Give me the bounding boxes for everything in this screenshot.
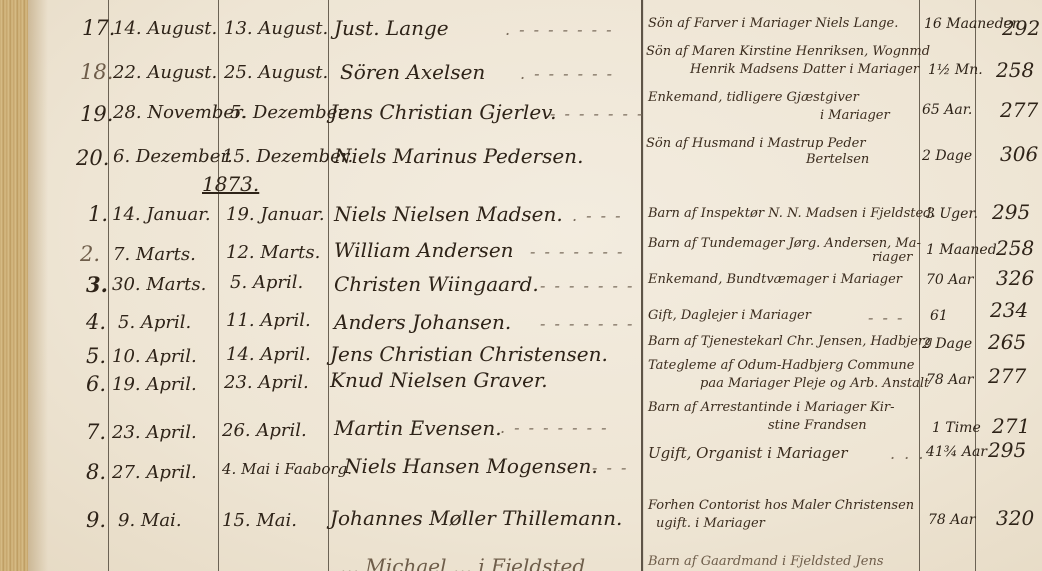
burial-date: 14. April.: [226, 344, 311, 365]
burial-date: 23. April.: [224, 372, 309, 393]
entry-number: 19.: [80, 102, 113, 126]
deceased-name: Sören Axelsen: [340, 60, 485, 84]
description-line-1: Sön af Farver i Mariager Niels Lange.: [648, 16, 898, 31]
age: 1 Time: [932, 420, 981, 436]
burial-date: 19. Januar.: [226, 204, 325, 225]
register-page: 17. 14. August. 13. August. Just. Lange …: [0, 0, 1042, 571]
entry-number: 7.: [86, 420, 106, 444]
column-rule-death-date: [218, 0, 219, 571]
filler-dashes: - - - - - - -: [540, 276, 634, 295]
description-line-2: Bertelsen: [806, 152, 869, 167]
death-date: 5. April.: [118, 312, 191, 333]
reference-number: 277: [1000, 98, 1038, 122]
deceased-name: Jens Christian Christensen.: [330, 342, 608, 366]
description-line-1: Barn af Arrestantinde i Mariager Kir-: [648, 400, 894, 415]
entry-number: 18.: [80, 60, 113, 84]
entry-number: 4.: [86, 310, 106, 334]
deceased-name: William Andersen: [334, 238, 514, 262]
age: 1½ Mn.: [928, 62, 983, 78]
year-heading: 1873.: [202, 172, 259, 196]
death-date: 14. August.: [113, 18, 217, 39]
death-date: 28. November.: [113, 102, 246, 123]
description-line-1: Enkemand, tidligere Gjæstgiver: [648, 90, 859, 105]
death-date: 9. Mai.: [118, 510, 182, 531]
death-date: 30. Marts.: [112, 274, 206, 295]
reference-number: 306: [1000, 142, 1038, 166]
description-line-2: ugift. i Mariager: [656, 516, 765, 531]
description-line-2: Henrik Madsens Datter i Mariager: [690, 62, 919, 77]
description-line-1: Enkemand, Bundtvæmager i Mariager: [648, 272, 902, 287]
death-date: 6. Dezember.: [113, 146, 233, 167]
reference-number: 258: [996, 236, 1034, 260]
reference-number: 295: [992, 200, 1030, 224]
reference-number: 320: [996, 506, 1034, 530]
column-rule-description: [919, 0, 920, 571]
age: 65 Aar.: [922, 102, 972, 118]
burial-date: 13. August.: [224, 18, 328, 39]
filler-dashes: . - - - - - -: [520, 64, 614, 83]
deceased-name: Martin Evensen.: [334, 416, 502, 440]
description-line-1: Ugift, Organist i Mariager: [648, 444, 848, 462]
age: 1 Maaned: [926, 242, 997, 258]
age: 61: [930, 308, 948, 324]
binding-shadow: [28, 0, 48, 571]
deceased-name: Christen Wiingaard.: [334, 272, 539, 296]
reference-number: 234: [990, 298, 1028, 322]
filler-dashes: . . .: [890, 444, 925, 463]
burial-date: 15. Mai.: [222, 510, 297, 531]
deceased-name: Niels Nielsen Madsen.: [334, 202, 563, 226]
deceased-name: Niels Hansen Mogensen.: [344, 454, 598, 478]
filler-dashes: - - - - - - -: [540, 314, 634, 333]
entry-number: 1.: [88, 202, 108, 226]
death-date: 22. August.: [113, 62, 217, 83]
description-line-1: Barn af Tundemager Jørg. Andersen, Ma-: [648, 236, 921, 251]
age: 2 Dage: [922, 336, 972, 352]
description-line-1: Sön af Maren Kirstine Henriksen, Wognmd: [646, 44, 930, 59]
deceased-name: Niels Marinus Pedersen.: [334, 144, 583, 168]
column-rule-number: [108, 0, 109, 571]
description-line-1: Barn af Gaardmand i Fjeldsted Jens: [648, 554, 884, 569]
column-rule-age: [975, 0, 976, 571]
entry-number: 9.: [86, 508, 106, 532]
deceased-name: Just. Lange: [334, 16, 449, 40]
reference-number: 295: [988, 438, 1026, 462]
death-date: 27. April.: [112, 462, 197, 483]
death-date: 7. Marts.: [113, 244, 196, 265]
entry-number: 20.: [76, 146, 109, 170]
deceased-name: Anders Johansen.: [334, 310, 511, 334]
description-line-2: paa Mariager Pleje og Arb. Anstalt: [700, 376, 929, 391]
filler-dashes: - - - - - - -: [550, 104, 644, 123]
column-rule-name: [641, 0, 643, 571]
deceased-name: ... Michael ... i Fjeldsted: [340, 554, 585, 571]
reference-number: 271: [992, 414, 1030, 438]
burial-date: 5. April.: [230, 272, 303, 293]
reference-number: 258: [996, 58, 1034, 82]
burial-date: 25. August.: [224, 62, 328, 83]
entry-number: 3.: [86, 272, 108, 297]
filler-dashes: - - -: [592, 458, 628, 477]
deceased-name: Jens Christian Gjerlev.: [330, 100, 556, 124]
description-line-2: stine Frandsen: [768, 418, 867, 433]
description-line-1: Barn af Inspektør N. N. Madsen i Fjeldst…: [648, 206, 936, 221]
age: 70 Aar: [926, 272, 973, 288]
reference-number: 326: [996, 266, 1034, 290]
death-date: 14. Januar.: [112, 204, 211, 225]
reference-number: 292: [1002, 16, 1040, 40]
deceased-name: Knud Nielsen Graver.: [330, 368, 548, 392]
age: 41¾ Aar: [926, 444, 987, 460]
filler-dashes: - - - - - - -: [530, 242, 624, 261]
burial-date: 4. Mai i Faaborg.: [222, 460, 352, 478]
description-line-1: Sön af Husmand i Mastrup Peder: [646, 136, 866, 151]
filler-dashes: - - -: [868, 308, 904, 327]
reference-number: 277: [988, 364, 1026, 388]
description-line-1: Tategleme af Odum-Hadbjerg Commune: [648, 358, 914, 373]
reference-number: 265: [988, 330, 1026, 354]
column-rule-burial-date: [328, 0, 329, 571]
death-date: 23. April.: [112, 422, 197, 443]
description-line-1: Barn af Tjenestekarl Chr. Jensen, Hadbje…: [648, 334, 933, 349]
age: 78 Aar: [926, 372, 973, 388]
description-line-1: Forhen Contorist hos Maler Christensen: [648, 498, 914, 513]
entry-number: 8.: [86, 460, 106, 484]
death-date: 19. April.: [112, 374, 197, 395]
age: 78 Aar: [928, 512, 975, 528]
filler-dashes: . - - - - - - -: [505, 20, 614, 39]
description-line-2: riager: [872, 250, 912, 265]
death-date: 10. April.: [112, 346, 197, 367]
entry-number: 17.: [82, 16, 115, 40]
book-binding-edge: [0, 0, 28, 571]
filler-dashes: . - - - - - - -: [500, 418, 609, 437]
entry-number: 5.: [86, 344, 106, 368]
description-line-1: Gift, Daglejer i Mariager: [648, 308, 811, 323]
burial-date: 11. April.: [226, 310, 311, 331]
deceased-name: Johannes Møller Thillemann.: [330, 506, 622, 530]
burial-date: 26. April.: [222, 420, 307, 441]
description-line-2: i Mariager: [820, 108, 890, 123]
entry-number: 2.: [80, 242, 100, 266]
age: 2 Dage: [922, 148, 972, 164]
entry-number: 6.: [86, 372, 106, 396]
filler-dashes: . - - -: [572, 206, 623, 225]
age: 3 Uger.: [926, 206, 978, 222]
burial-date: 12. Marts.: [226, 242, 320, 263]
